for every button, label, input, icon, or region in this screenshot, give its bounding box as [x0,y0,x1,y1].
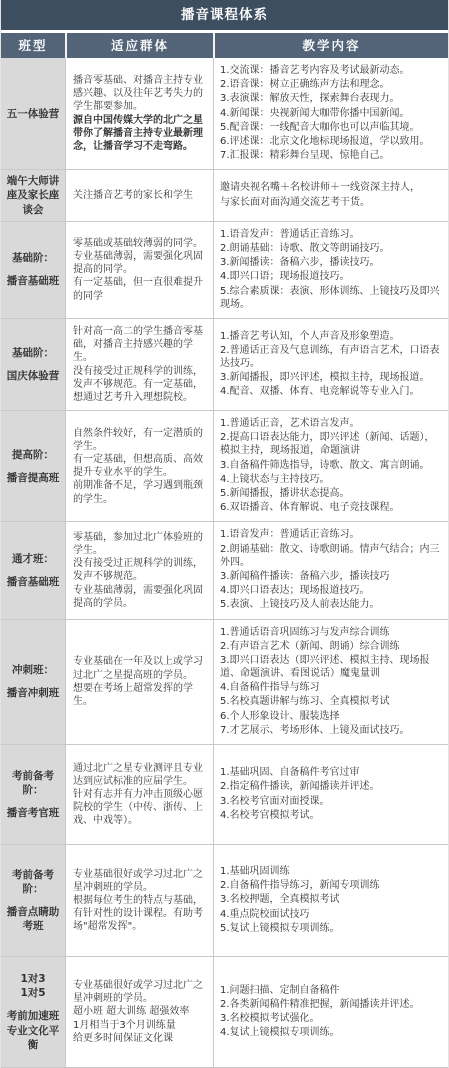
audience-paragraph: 关注播音艺考的家长和学生 [73,189,207,202]
content-line: 与家长面对面沟通交流艺考干货。 [220,196,443,209]
audience-paragraph: 没有接受过正规科学的训练，发声不够规范。有一定基础，想通过艺考升入理想院校。 [73,365,207,405]
audience-paragraph: 自然条件较好，有一定潜质的学生。 [73,427,207,453]
page-title: 播音课程体系 [1,0,448,30]
class-type-cell: 提高阶：播音提高班 [1,411,65,521]
audience-cell: 关注播音艺考的家长和学生 [65,170,213,221]
table-row: 基础阶：播音基础班零基础或基础较薄弱的同学。专业基础薄弱，需要强化巩固提高的同学… [1,221,448,318]
audience-paragraph: 没有接受过正规科学的训练，发声不够规范。 [73,557,207,583]
content-line: 4.上镜状态与主持技巧。 [220,473,443,486]
content-line: 7.才艺展示、考场形体、上镜及面试技巧。 [220,724,443,737]
class-type-line: 播音基础班 [7,274,60,288]
table-row: 考前备考阶：播音点睛助考班专业基础很好或学习过北广之星冲刺班的学员。根据每位考生… [1,844,448,956]
content-line: 3.名校模拟考试强化。 [220,1012,443,1025]
content-line: 1.普通话正音，艺术语言发声。 [220,417,443,430]
content-line: 4.新闻课：央视新闻大咖带你播中国新闻。 [220,107,443,120]
content-line: 2.指定稿件播读，新闻播读并评述。 [220,780,443,793]
audience-paragraph: 想要在考场上超常发挥的学生。 [73,682,207,708]
content-cell: 1.普通话语音巩固练习与发声综合训练2.有声语言艺术（新闻、朗诵）综合训练3.即… [213,620,448,745]
content-cell: 1.语音发声：普通话正音练习。2.朗诵基础：散文、诗歌朗诵。情声气结合；内三外四… [213,522,448,618]
class-type-line: 五一体验营 [7,107,60,121]
content-line: 5.综合素质课：表演、形体训练、上镜技巧及即兴现场。 [220,285,443,311]
content-line: 2.朗诵基础：散文、诗歌朗诵。情声气结合；内三外四。 [220,543,443,569]
content-line: 3.名校考官面对面授课。 [220,795,443,808]
audience-cell: 专业基础在一年及以上或学习过北广之星提高班的学员。想要在考场上超常发挥的学生。 [65,620,213,745]
content-line: 1.语音发声：普通话正音练习。 [220,528,443,541]
content-line: 1.问题扫描、定制自备稿件 [220,984,443,997]
course-table: 播音课程体系 班型 适应群体 教学内容 五一体验营播音零基础、对播音主持专业感兴… [0,0,449,1068]
audience-cell: 通过北广之星专业测评且专业达到应试标准的应届学生。针对有志并有力冲击顶级心愿院校… [65,745,213,844]
content-line: 2.普通话正音及气息训练，有声语言艺术，口语表达技巧。 [220,344,443,370]
content-line: 5.配音课：一线配音大咖你也可以声临其境。 [220,121,443,134]
content-line: 6.评述课：北京文化地标现场报道，学以致用。 [220,135,443,148]
audience-paragraph: 超小班 超大训练 超强效率 [73,1005,207,1018]
content-line: 3.新闻播报，即兴评述，模拟主持，现场报道。 [220,371,443,384]
table-row: 冲刺班：播音冲刺班专业基础在一年及以上或学习过北广之星提高班的学员。想要在考场上… [1,619,448,745]
audience-paragraph: 通过北广之星专业测评且专业达到应试标准的应届学生。 [73,762,207,788]
audience-paragraph: 前期准备不足，学习遇到瓶颈的学生。 [73,479,207,505]
audience-paragraph: 专业基础很好或学习过北广之星冲刺班的学员。 [73,868,207,894]
content-line: 1.基础巩固、自备稿件考官过审 [220,766,443,779]
content-cell: 邀请央视名嘴＋名校讲师＋一线资深主持人，与家长面对面沟通交流艺考干货。 [213,170,448,221]
content-line: 1.基础巩固训练 [220,865,443,878]
class-type-cell: 冲刺班：播音冲刺班 [1,620,65,745]
audience-paragraph: 有一定基础，但一直很难提升的同学 [73,276,207,302]
audience-paragraph: 专业基础薄弱，需要强化巩固提高的学员。 [73,584,207,610]
class-type-line: 播音提高班 [7,471,60,485]
table-row: 提高阶：播音提高班自然条件较好，有一定潜质的学生。有一定基础，但想高质、高效提升… [1,410,448,521]
content-line: 5.新闻播报，播讲状态提高。 [220,487,443,500]
audience-paragraph: 零基础，参加过北广体验班的学生。 [73,531,207,557]
content-line: 2.语音课：树立正确练声方法和理念。 [220,78,443,91]
table-header-row: 班型 适应群体 教学内容 [1,33,448,58]
content-cell: 1.语音发声：普通话正音练习。2.朗诵基础：诗歌、散文等朗诵技巧。3.新闻播读：… [213,222,448,318]
content-line: 2.提高口语表达能力，即兴评述（新闻、话题），模拟主持，现场报道，命题演讲 [220,431,443,457]
content-line: 4.复试上镜模拟专项训练。 [220,1026,443,1039]
content-line: 3.新闻稿件播读：备稿六步，播读技巧 [220,570,443,583]
class-type-line: 播音点睛助考班 [3,905,63,933]
content-line: 5.表演、上镜技巧及人前表达能力。 [220,598,443,611]
content-line: 4.名校考官模拟考试。 [220,809,443,822]
table-row: 1对3 1对5考前加速班 专业文化平衡专业基础很好或学习过北广之星冲刺班的学员。… [1,956,448,1067]
header-class-type: 班型 [1,33,65,58]
class-type-cell: 1对3 1对5考前加速班 专业文化平衡 [1,957,65,1067]
content-line: 2.各类新闻稿件精准把握，新闻播读并评述。 [220,998,443,1011]
class-type-line: 通才班： [12,552,54,566]
content-line: 3.即兴口语表达（即兴评述、模拟主持、现场报道、命题演讲、看图说话）魔鬼量训 [220,654,443,680]
class-type-line: 1对3 1对5 [20,972,45,1000]
header-content: 教学内容 [213,33,448,58]
audience-paragraph: 根据每位考生的特点与基础，有针对性的设计课程。有助考场"超常发挥"。 [73,894,207,934]
class-type-cell: 端午大师讲座及家长座谈会 [1,170,65,221]
content-line: 1.语音发声：普通话正音练习。 [220,228,443,241]
audience-paragraph: 给更多时间保证文化课 [73,1032,207,1045]
content-line: 1.普通话语音巩固练习与发声综合训练 [220,626,443,639]
content-line: 4.自备稿件指导与练习 [220,681,443,694]
class-type-cell: 考前备考阶：播音点睛助考班 [1,845,65,956]
table-row: 端午大师讲座及家长座谈会关注播音艺考的家长和学生邀请央视名嘴＋名校讲师＋一线资深… [1,169,448,221]
content-line: 6.个人形象设计、服装选择 [220,710,443,723]
table-row: 考前备考阶：播音考官班通过北广之星专业测评且专业达到应试标准的应届学生。针对有志… [1,744,448,844]
audience-cell: 播音零基础、对播音主持专业感兴趣、以及往年艺考失力的学生都要参加。源自中国传媒大… [65,58,213,169]
content-line: 2.朗诵基础：诗歌、散文等朗诵技巧。 [220,242,443,255]
audience-paragraph: 1月相当于3个月训练量 [73,1019,207,1032]
header-audience: 适应群体 [65,33,213,58]
audience-cell: 专业基础很好或学习过北广之星冲刺班的学员。超小班 超大训练 超强效率1月相当于3… [65,957,213,1067]
table-body: 五一体验营播音零基础、对播音主持专业感兴趣、以及往年艺考失力的学生都要参加。源自… [1,58,448,1068]
content-line: 2.有声语言艺术（新闻、朗诵）综合训练 [220,640,443,653]
content-line: 2.自备稿件指导练习，新闻专项训练 [220,879,443,892]
audience-cell: 零基础或基础较薄弱的同学。专业基础薄弱，需要强化巩固提高的同学。有一定基础，但一… [65,222,213,318]
class-type-line: 播音考官班 [7,806,60,820]
class-type-line: 考前备考阶： [3,868,63,896]
class-type-line: 考前加速班 专业文化平衡 [3,1009,63,1052]
audience-paragraph: 针对高一高二的学生播音零基础，对播音主持感兴趣的学生。 [73,325,207,365]
content-line: 1.交流课：播音艺考内容及考试最新动态。 [220,64,443,77]
content-line: 1.播音艺考认知，个人声音及形象塑造。 [220,330,443,343]
audience-paragraph: 专业基础很好或学习过北广之星冲刺班的学员。 [73,979,207,1005]
content-line: 7.汇报课：精彩舞台呈现、惊艳自己。 [220,149,443,162]
table-row: 五一体验营播音零基础、对播音主持专业感兴趣、以及往年艺考失力的学生都要参加。源自… [1,58,448,169]
class-type-cell: 考前备考阶：播音考官班 [1,745,65,844]
class-type-line: 冲刺班： [12,663,54,677]
content-cell: 1.基础巩固、自备稿件考官过审2.指定稿件播读，新闻播读并评述。3.名校考官面对… [213,745,448,844]
audience-paragraph: 专业基础薄弱，需要强化巩固提高的同学。 [73,250,207,276]
audience-paragraph: 零基础或基础较薄弱的同学。 [73,237,207,250]
content-line: 5.名校真题讲解与练习、全真模拟考试 [220,695,443,708]
content-cell: 1.普通话正音，艺术语言发声。2.提高口语表达能力，即兴评述（新闻、话题），模拟… [213,411,448,521]
class-type-line: 基础阶： [12,346,54,360]
class-type-cell: 基础阶：国庆体验营 [1,319,65,410]
class-type-line: 播音基础班 [7,575,60,589]
content-line: 3.新闻播读：备稿六步，播读技巧。 [220,256,443,269]
content-line: 4.即兴口语表达；现场报道技巧。 [220,584,443,597]
content-cell: 1.问题扫描、定制自备稿件2.各类新闻稿件精准把握，新闻播读并评述。3.名校模拟… [213,957,448,1067]
class-type-cell: 五一体验营 [1,58,65,169]
content-line: 4.配音、双播、体育、电竞解说等专业入门。 [220,385,443,398]
class-type-line: 考前备考阶： [3,769,63,797]
class-type-line: 提高阶： [12,448,54,462]
content-line: 3.表演课：解放天性，探索舞台表现力。 [220,92,443,105]
content-cell: 1.交流课：播音艺考内容及考试最新动态。2.语音课：树立正确练声方法和理念。3.… [213,58,448,169]
content-line: 5.复试上镜模拟专项训练。 [220,922,443,935]
class-type-cell: 基础阶：播音基础班 [1,222,65,318]
content-line: 3.自备稿件筛选指导，诗歌、散文、寓言朗诵。 [220,459,443,472]
content-cell: 1.播音艺考认知，个人声音及形象塑造。2.普通话正音及气息训练，有声语言艺术，口… [213,319,448,410]
audience-cell: 零基础，参加过北广体验班的学生。没有接受过正规科学的训练，发声不够规范。专业基础… [65,522,213,618]
class-type-line: 国庆体验营 [7,369,60,383]
content-cell: 1.基础巩固训练2.自备稿件指导练习，新闻专项训练3.名校押题，全真模拟考试4.… [213,845,448,956]
content-line: 3.名校押题，全真模拟考试 [220,893,443,906]
content-line: 6.双语播音、体育解说、电子竞技课程。 [220,501,443,514]
content-line: 4.重点院校面试技巧 [220,908,443,921]
audience-paragraph: 针对有志并有力冲击顶级心愿院校的学生（中传、浙传、上戏、中戏等）。 [73,788,207,828]
audience-paragraph: 播音零基础、对播音主持专业感兴趣、以及往年艺考失力的学生都要参加。 [73,74,207,114]
class-type-line: 端午大师讲座及家长座谈会 [3,174,63,217]
audience-paragraph: 专业基础在一年及以上或学习过北广之星提高班的学员。 [73,655,207,681]
audience-cell: 针对高一高二的学生播音零基础，对播音主持感兴趣的学生。没有接受过正规科学的训练，… [65,319,213,410]
content-line: 邀请央视名嘴＋名校讲师＋一线资深主持人， [220,181,443,194]
class-type-cell: 通才班：播音基础班 [1,522,65,618]
table-row: 基础阶：国庆体验营针对高一高二的学生播音零基础，对播音主持感兴趣的学生。没有接受… [1,318,448,410]
table-row: 通才班：播音基础班零基础，参加过北广体验班的学生。没有接受过正规科学的训练，发声… [1,521,448,618]
class-type-line: 基础阶： [12,251,54,265]
audience-cell: 自然条件较好，有一定潜质的学生。有一定基础，但想高质、高效提升专业水平的学生。前… [65,411,213,521]
content-line: 4.即兴口语；现场报道技巧。 [220,270,443,283]
audience-cell: 专业基础很好或学习过北广之星冲刺班的学员。根据每位考生的特点与基础，有针对性的设… [65,845,213,956]
audience-paragraph: 有一定基础，但想高质、高效提升专业水平的学生。 [73,453,207,479]
audience-paragraph: 源自中国传媒大学的北广之星带你了解播音主持专业最新理念，让播音学习不走弯路。 [73,114,207,154]
class-type-line: 播音冲刺班 [7,686,60,700]
